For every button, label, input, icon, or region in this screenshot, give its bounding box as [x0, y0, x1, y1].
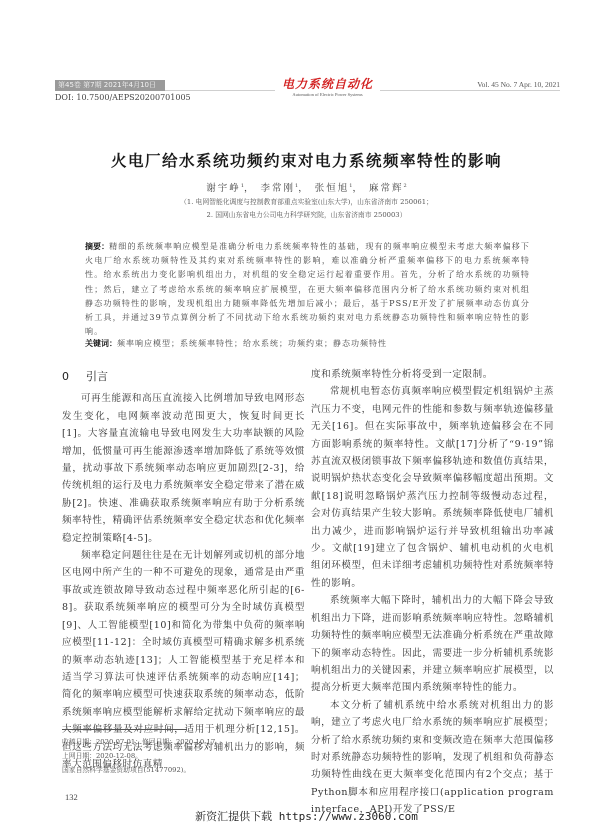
body-paragraph: 可再生能源和高压直流接入比例增加导致电网形态发生变化，电网频率波动范围更大，恢复… [62, 390, 305, 547]
author-affiliation-mark: 2 [404, 183, 407, 189]
affiliation: 2. 国网山东省电力公司电力科学研究院，山东省济南市 250003） [0, 209, 613, 219]
author-affiliation-mark: 1 [295, 183, 298, 189]
received-date: 收稿日期：2020-07-01；修回日期：2020-10-17。 [62, 735, 305, 749]
author-name: 谢宇峥 [206, 183, 241, 194]
doi: DOI: 10.7500/AEPS20200701005 [55, 93, 191, 102]
section-heading: 0引言 [62, 368, 305, 385]
funding-note: 国家自然科学基金资助项目(51477092)。 [62, 763, 305, 777]
page-number: 132 [65, 792, 78, 802]
keywords-text: 频率响应模型；系统频率特性；给水系统；功频约束；静态功频特性 [117, 339, 387, 348]
abstract-text: 精细的系统频率响应模型是准确分析电力系统频率特性的基础，现有的频率响应模型未考虑… [85, 242, 530, 336]
keywords: 关键词：频率响应模型；系统频率特性；给水系统；功频约束；静态功频特性 [85, 337, 530, 351]
author-affiliation-mark: 1 [349, 183, 352, 189]
paper-title: 火电厂给水系统功频约束对电力系统频率特性的影响 [0, 149, 613, 171]
keywords-label: 关键词： [85, 339, 117, 348]
author-list: 谢宇峥1， 李常刚1， 张恒旭1， 麻常辉2 [0, 180, 613, 194]
journal-header: 第45卷 第7期 2021年4月10日 DOI: 10.7500/AEPS202… [55, 80, 560, 104]
author-name: 李常刚 [261, 183, 296, 194]
issue-band: 第45卷 第7期 2021年4月10日 [55, 80, 165, 91]
body-column-right: 度和系统频率特性分析将受到一定限制。 常规机电暂态仿真频率响应模型假定机组锅炉主… [311, 366, 554, 819]
footnotes: 收稿日期：2020-07-01；修回日期：2020-10-17。 上网日期：20… [62, 735, 305, 777]
affiliation: （1. 电网智能化调度与控制教育部重点实验室(山东大学)，山东省济南市 2500… [0, 196, 613, 206]
author-affiliation-mark: 1 [241, 183, 244, 189]
body-column-left: 0引言 可再生能源和高压直流接入比例增加导致电网形态发生变化，电网频率波动范围更… [62, 368, 305, 773]
journal-name-en: Automation of Electric Power Systems [275, 91, 380, 98]
journal-name-cn: 电力系统自动化 [275, 77, 380, 91]
body-paragraph: 本文分析了辅机系统中给水系统对机组出力的影响，建立了考虑火电厂给水系统的频率响应… [311, 697, 554, 819]
abstract: 摘要：精细的系统频率响应模型是准确分析电力系统频率特性的基础，现有的频率响应模型… [85, 240, 530, 339]
footnote-divider [62, 729, 187, 730]
header-rule-right [380, 90, 560, 91]
author-name: 张恒旭 [315, 183, 350, 194]
volume-info: Vol. 45 No. 7 Apr. 10, 2021 [477, 80, 560, 89]
download-watermark: 新资汇提供下载 https://www.z3060.com [0, 808, 613, 824]
body-paragraph: 度和系统频率特性分析将受到一定限制。 [311, 366, 554, 383]
body-paragraph: 常规机电暂态仿真频率响应模型假定机组锅炉主蒸汽压力不变，电网元件的性能和参数与频… [311, 383, 554, 592]
author-name: 麻常辉 [369, 183, 404, 194]
section-number: 0 [62, 368, 86, 385]
section-title: 引言 [86, 370, 108, 383]
body-paragraph: 系统频率大幅下降时，辅机出力的大幅下降会导致机组出力下降，进而影响系统频率响应特… [311, 592, 554, 696]
online-date: 上网日期：2020-12-08。 [62, 749, 305, 763]
abstract-label: 摘要： [85, 242, 109, 251]
header-rule-left [165, 90, 275, 91]
journal-logo: 电力系统自动化 Automation of Electric Power Sys… [275, 77, 380, 98]
